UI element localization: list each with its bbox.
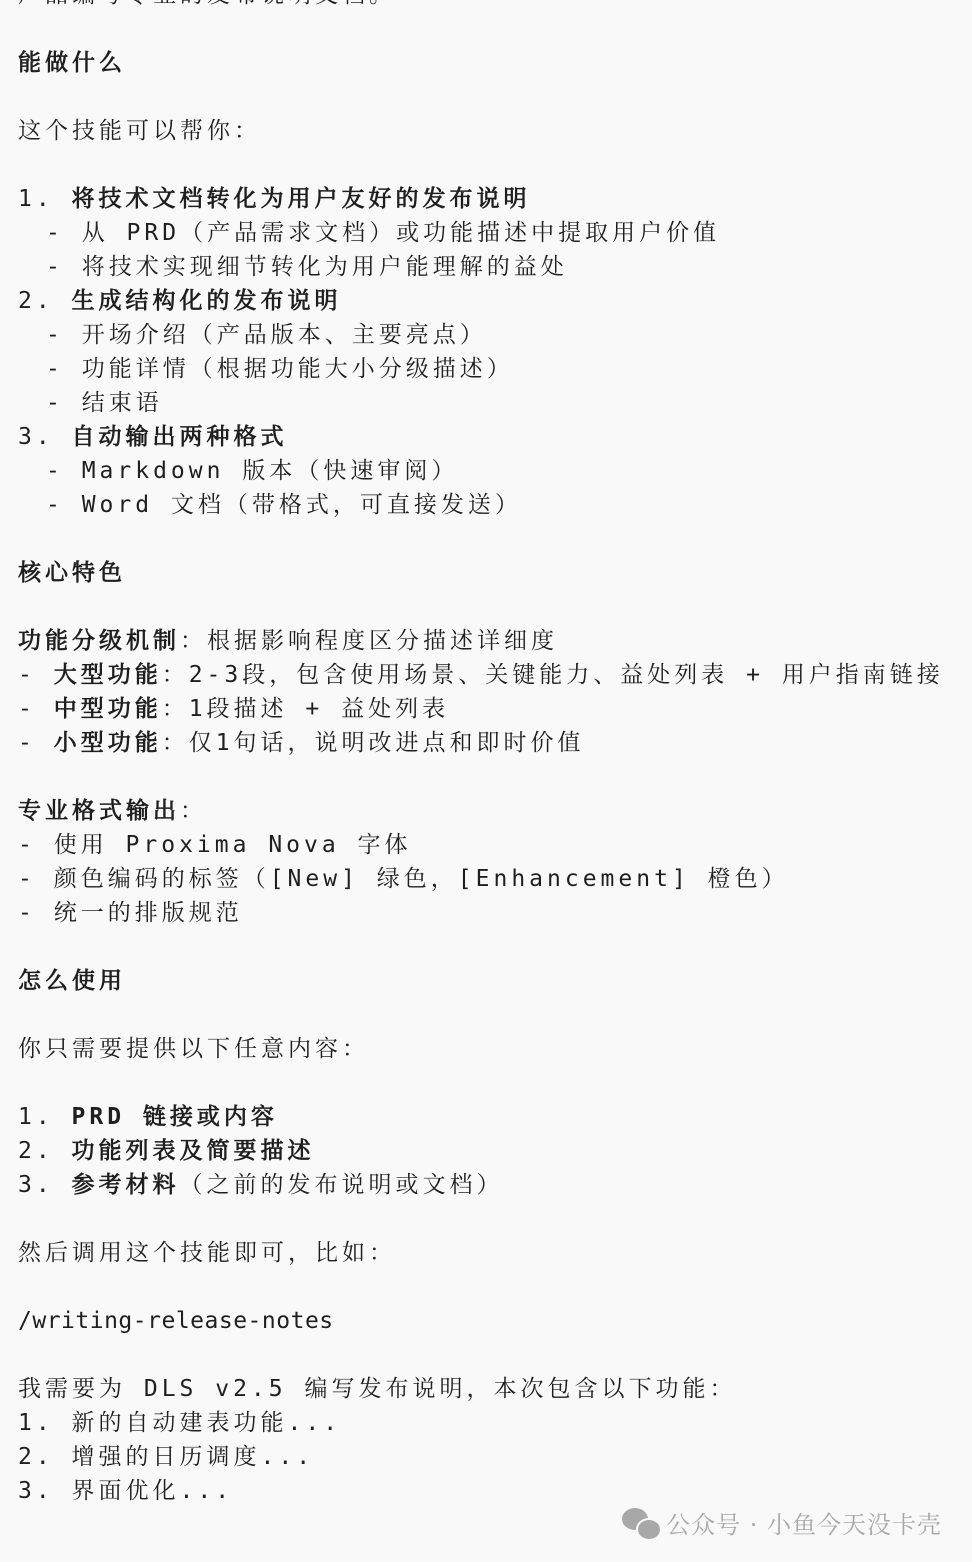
- sub-item: - 结束语: [18, 386, 962, 420]
- usage-lead: 你只需要提供以下任意内容：: [18, 1032, 962, 1066]
- format-item: - 使用 Proxima Nova 字体: [18, 828, 962, 862]
- example-line: 我需要为 DLS v2.5 编写发布说明，本次包含以下功能：: [18, 1372, 962, 1406]
- grade-item: - 大型功能：2-3段，包含使用场景、关键能力、益处列表 + 用户指南链接: [18, 658, 962, 692]
- usage-item: 1. PRD 链接或内容: [18, 1100, 962, 1134]
- grading-line: 功能分级机制：根据影响程度区分描述详细度: [18, 624, 962, 658]
- list-item: 1. 将技术文档转化为用户友好的发布说明: [18, 182, 962, 216]
- grade-item: - 中型功能：1段描述 + 益处列表: [18, 692, 962, 726]
- intro-text: 产品编写专业的发布说明文档。: [18, 0, 962, 12]
- format-line: 专业格式输出：: [18, 794, 962, 828]
- grade-item: - 小型功能：仅1句话，说明改进点和即时价值: [18, 726, 962, 760]
- list-item: 3. 自动输出两种格式: [18, 420, 962, 454]
- section-heading-usage: 怎么使用: [18, 964, 962, 998]
- usage-item: 2. 功能列表及简要描述: [18, 1134, 962, 1168]
- section-heading-what: 能做什么: [18, 46, 962, 80]
- sub-item: - 功能详情（根据功能大小分级描述）: [18, 352, 962, 386]
- sub-item: - 将技术实现细节转化为用户能理解的益处: [18, 250, 962, 284]
- document-body: 产品编写专业的发布说明文档。 能做什么 这个技能可以帮你： 1. 将技术文档转化…: [18, 0, 962, 1508]
- section-heading-features: 核心特色: [18, 556, 962, 590]
- sub-item: - 从 PRD（产品需求文档）或功能描述中提取用户价值: [18, 216, 962, 250]
- usage-then: 然后调用这个技能即可，比如：: [18, 1236, 962, 1270]
- usage-item: 3. 参考材料（之前的发布说明或文档）: [18, 1168, 962, 1202]
- sub-item: - Markdown 版本（快速审阅）: [18, 454, 962, 488]
- example-line: 2. 增强的日历调度...: [18, 1440, 962, 1474]
- command-text: /writing-release-notes: [18, 1304, 962, 1338]
- example-line: 3. 界面优化...: [18, 1474, 962, 1508]
- list-item: 2. 生成结构化的发布说明: [18, 284, 962, 318]
- sub-item: - 开场介绍（产品版本、主要亮点）: [18, 318, 962, 352]
- format-item: - 颜色编码的标签（[New] 绿色，[Enhancement] 橙色）: [18, 862, 962, 896]
- format-item: - 统一的排版规范: [18, 896, 962, 930]
- sub-item: - Word 文档（带格式，可直接发送）: [18, 488, 962, 522]
- watermark-text: 公众号 · 小鱼今天没卡壳: [666, 1505, 942, 1540]
- what-lead: 这个技能可以帮你：: [18, 114, 962, 148]
- watermark: 公众号 · 小鱼今天没卡壳: [622, 1505, 942, 1540]
- wechat-icon: [622, 1508, 660, 1538]
- example-line: 1. 新的自动建表功能...: [18, 1406, 962, 1440]
